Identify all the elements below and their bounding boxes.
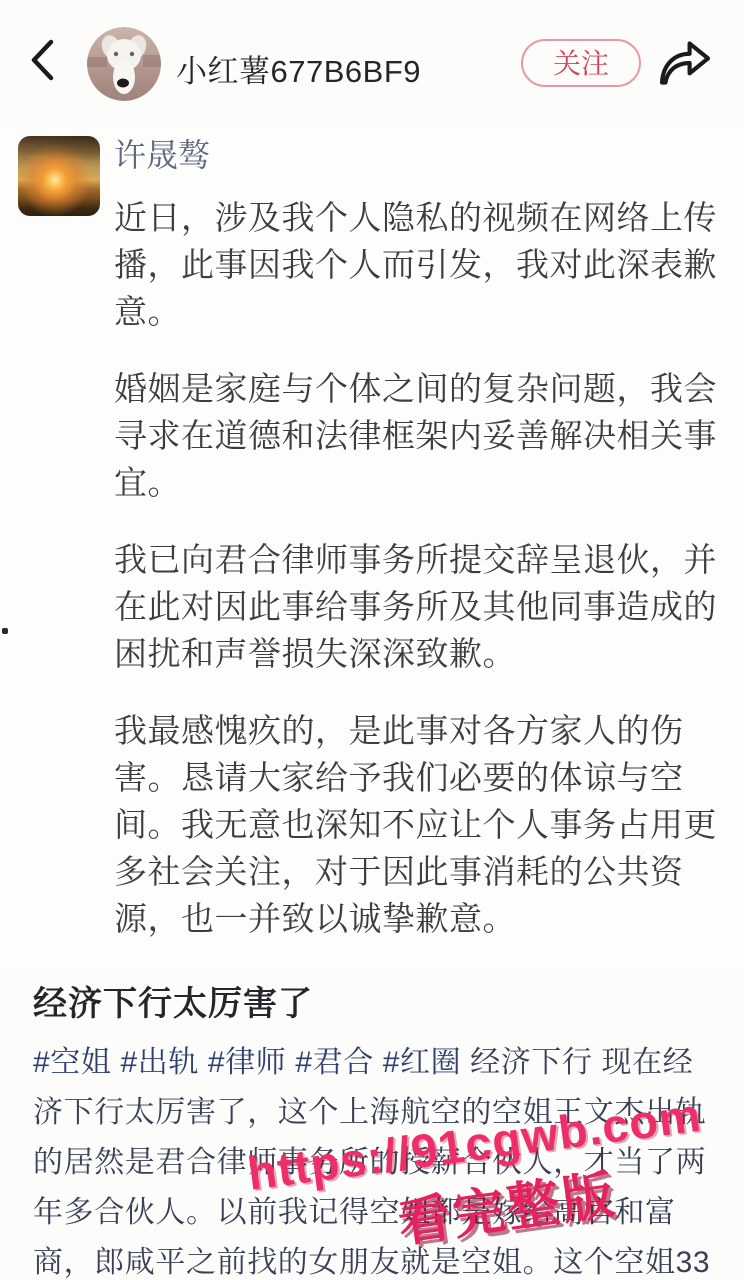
- back-icon[interactable]: [28, 38, 56, 82]
- hashtag-chugui[interactable]: #出轨: [120, 1046, 199, 1079]
- username[interactable]: 小红薯677B6BF9: [176, 46, 421, 91]
- statement-paragraph: 我最感愧疚的，是此事对各方家人的伤 害。恳请大家给予我们必要的体谅与空 间。我无…: [114, 707, 738, 942]
- statement-author-avatar: [18, 136, 100, 216]
- share-icon[interactable]: [658, 40, 712, 86]
- top-nav-bar: 小红薯677B6BF9 关注: [0, 0, 744, 118]
- xiaohongshu-note-page: { "topbar": { "username": "小红薯677B6BF9",…: [0, 0, 744, 1280]
- follow-button[interactable]: 关注: [521, 39, 641, 87]
- hashtag-hongquan[interactable]: #红圈: [383, 1046, 462, 1079]
- note-body-text: 经济下行 现在经 济下行太厉害了，这个上海航空的空姐王文杰出轨 的居然是君合律师…: [33, 1046, 710, 1279]
- statement-text-column: 许晟骜 近日，涉及我个人隐私的视频在网络上传 播，此事因我个人而引发，我对此深表…: [114, 134, 738, 972]
- statement-screenshot[interactable]: 许晟骜 近日，涉及我个人隐私的视频在网络上传 播，此事因我个人而引发，我对此深表…: [0, 126, 744, 968]
- hashtag-junhe[interactable]: #君合: [295, 1046, 374, 1079]
- user-avatar[interactable]: [87, 27, 161, 101]
- statement-paragraph: 婚姻是家庭与个体之间的复杂问题，我会 寻求在道德和法律框架内妥善解决相关事 宜。: [114, 365, 738, 506]
- note-body: #空姐 #出轨 #律师 #君合 #红圈 经济下行 现在经 济下行太厉害了，这个上…: [33, 1038, 739, 1280]
- hashtag-lvshi[interactable]: #律师: [208, 1046, 287, 1079]
- note-title: 经济下行太厉害了: [33, 976, 313, 1025]
- statement-author-name: 许晟骜: [114, 134, 738, 176]
- statement-paragraph: 我已向君合律师事务所提交辞呈退伙，并 在此对因此事给事务所及其他同事造成的 困扰…: [114, 536, 738, 677]
- hashtag-kongjie[interactable]: #空姐: [33, 1046, 112, 1079]
- statement-paragraph: 近日，涉及我个人隐私的视频在网络上传 播，此事因我个人而引发，我对此深表歉 意。: [114, 194, 738, 335]
- stray-mark: [2, 628, 8, 634]
